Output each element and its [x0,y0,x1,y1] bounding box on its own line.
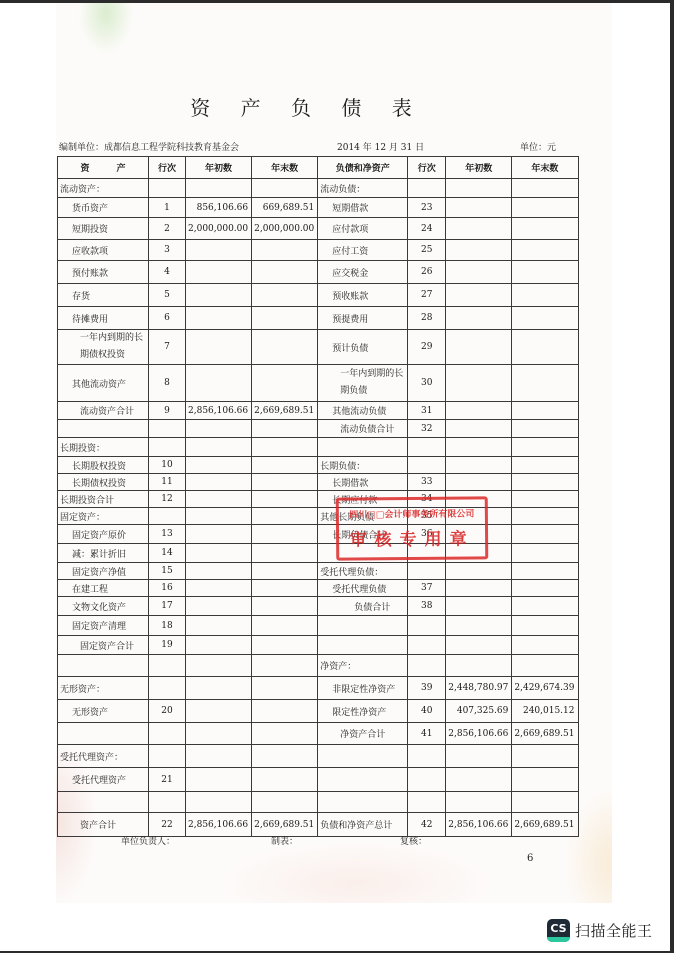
liability-label: 预计负债 [318,330,408,365]
asset-line-no: 14 [149,544,186,563]
liability-label: 应付款项 [318,218,408,240]
table-row: 无形资产20限定性净资产40407,325.69240,015.12 [58,700,579,723]
liability-beginning-value [446,580,512,597]
asset-ending-value [252,261,318,284]
liability-beginning-value [446,636,512,655]
asset-line-no: 1 [149,198,186,218]
header-beginning: 年初数 [186,157,252,179]
window-edge [670,0,674,953]
asset-label: 一年内到期的长期债权投资 [58,330,149,365]
liability-beginning-value [446,420,512,438]
liability-label: 短期借款 [318,198,408,218]
liability-label [318,636,408,655]
liability-line-no: 31 [408,402,446,420]
liability-ending-value [512,597,578,616]
liability-beginning-value: 2,448,780.97 [446,677,512,700]
table-row: 无形资产：非限定性净资产392,448,780.972,429,674.39 [58,677,579,700]
liability-beginning-value [446,284,512,307]
liability-beginning-value [446,491,512,508]
asset-beginning-value [186,745,252,768]
liability-line-no: 25 [408,240,446,261]
liability-line-no: 36 [408,525,446,544]
asset-beginning-value [186,700,252,723]
asset-beginning-value [186,723,252,745]
liability-label: 负债和净资产总计 [318,813,408,837]
asset-ending-value [252,508,318,525]
asset-label [58,655,149,677]
table-row: 固定资产清理18 [58,616,579,636]
asset-label: 无形资产 [58,700,149,723]
liability-ending-value [512,525,578,544]
table-row: 预付账款4应交税金26 [58,261,579,284]
liability-ending-value [512,563,578,580]
liability-label: 预收账款 [318,284,408,307]
asset-beginning-value [186,474,252,491]
asset-line-no: 15 [149,563,186,580]
asset-line-no: 12 [149,491,186,508]
liability-label: 长期借款 [318,474,408,491]
asset-line-no: 3 [149,240,186,261]
liability-beginning-value [446,525,512,544]
asset-ending-value [252,768,318,792]
asset-label: 货币资产 [58,198,149,218]
liability-beginning-value [446,218,512,240]
asset-label: 流动资产： [58,179,149,198]
liability-beginning-value [446,616,512,636]
liability-ending-value [512,218,578,240]
asset-beginning-value: 856,106.66 [186,198,252,218]
liability-line-no: 35 [408,508,446,525]
liability-ending-value [512,616,578,636]
asset-beginning-value [186,792,252,813]
page-title: 资 产 负 债 表 [0,92,614,121]
asset-beginning-value [186,491,252,508]
liability-label: 限定性净资产 [318,700,408,723]
table-row: 长期股权投资10长期负债： [58,457,579,474]
asset-ending-value [252,284,318,307]
liability-line-no: 39 [408,677,446,700]
liability-beginning-value [446,198,512,218]
liability-line-no: 28 [408,307,446,330]
asset-ending-value: 2,669,689.51 [252,402,318,420]
asset-label: 短期投资 [58,218,149,240]
liability-line-no [408,745,446,768]
liability-ending-value [512,402,578,420]
asset-label: 存货 [58,284,149,307]
header-liabilities: 负债和净资产 [318,157,408,179]
liability-ending-value: 240,015.12 [512,700,578,723]
liability-beginning-value [446,508,512,525]
asset-beginning-value [186,284,252,307]
table-row: 资产合计222,856,106.662,669,689.51负债和净资产总计42… [58,813,579,837]
asset-label: 长期投资： [58,438,149,457]
asset-label: 长期投资合计 [58,491,149,508]
signature-reviewer: 复核： [400,834,427,847]
asset-line-no [149,792,186,813]
camscanner-brand-name: 扫描全能王 [575,920,653,941]
table-row: 待摊费用6预提费用28 [58,307,579,330]
asset-ending-value [252,474,318,491]
asset-line-no: 21 [149,768,186,792]
asset-line-no: 22 [149,813,186,837]
asset-ending-value [252,307,318,330]
asset-beginning-value [186,420,252,438]
table-row: 文物文化资产17负债合计38 [58,597,579,616]
liability-label: 其他流动负债 [318,402,408,420]
table-row: 长期投资： [58,438,579,457]
header-line-no: 行次 [149,157,186,179]
liability-label: 长期负债： [318,457,408,474]
liability-ending-value [512,457,578,474]
asset-ending-value: 2,000,000.00 [252,218,318,240]
asset-line-no [149,745,186,768]
asset-ending-value [252,580,318,597]
table-row: 在建工程16受托代理负债37 [58,580,579,597]
liability-ending-value: 2,669,689.51 [512,813,578,837]
asset-beginning-value [186,580,252,597]
table-row: 流动资产合计92,856,106.662,669,689.51其他流动负债31 [58,402,579,420]
asset-beginning-value [186,307,252,330]
liability-ending-value: 2,669,689.51 [512,723,578,745]
liability-beginning-value [446,330,512,365]
liability-line-no: 38 [408,597,446,616]
liability-line-no: 40 [408,700,446,723]
asset-label: 受托代理资产 [58,768,149,792]
table-row: 流动负债合计32 [58,420,579,438]
liability-ending-value [512,580,578,597]
liability-line-no [408,563,446,580]
asset-label: 长期债权投资 [58,474,149,491]
asset-ending-value [252,525,318,544]
table-row: 货币资产1856,106.66669,689.51短期借款23 [58,198,579,218]
asset-ending-value [252,365,318,402]
liability-label: 长期应付款 [318,491,408,508]
asset-line-no: 19 [149,636,186,655]
asset-label: 文物文化资产 [58,597,149,616]
table-row: 短期投资22,000,000.002,000,000.00应付款项24 [58,218,579,240]
asset-beginning-value [186,438,252,457]
asset-line-no: 17 [149,597,186,616]
asset-ending-value [252,745,318,768]
asset-label [58,723,149,745]
asset-ending-value [252,491,318,508]
liability-label [318,544,408,563]
liability-line-no [408,768,446,792]
asset-line-no: 11 [149,474,186,491]
liability-line-no: 30 [408,365,446,402]
table-row: 长期投资合计12长期应付款34 [58,491,579,508]
liability-ending-value [512,420,578,438]
liability-ending-value [512,491,578,508]
asset-ending-value [252,677,318,700]
asset-line-no: 20 [149,700,186,723]
liability-label: 非限定性净资产 [318,677,408,700]
header-assets: 资 产 [58,157,149,179]
liability-label: 流动负债： [318,179,408,198]
asset-line-no [149,420,186,438]
liability-beginning-value [446,544,512,563]
asset-line-no [149,179,186,198]
table-row: 存货5预收账款27 [58,284,579,307]
asset-ending-value [252,655,318,677]
liability-ending-value [512,438,578,457]
asset-beginning-value [186,525,252,544]
asset-label: 固定资产原价 [58,525,149,544]
header-ending: 年末数 [252,157,318,179]
asset-label: 预付账款 [58,261,149,284]
asset-label: 受托代理资产： [58,745,149,768]
liability-line-no: 26 [408,261,446,284]
liability-label [318,438,408,457]
asset-beginning-value [186,508,252,525]
asset-label: 其他流动资产 [58,365,149,402]
asset-label: 资产合计 [58,813,149,837]
liability-line-no [408,438,446,457]
liability-ending-value [512,544,578,563]
liability-label [318,792,408,813]
document-page: 资 产 负 债 表 编制单位：成都信息工程学院科技教育基金会 2014 年 12… [0,3,670,951]
asset-line-no: 5 [149,284,186,307]
header-ending-right: 年末数 [512,157,578,179]
asset-beginning-value [186,563,252,580]
asset-line-no [149,438,186,457]
camscanner-logo-icon: CS [547,919,570,942]
liability-ending-value [512,330,578,365]
table-header-row: 资 产 行次 年初数 年末数 负债和净资产 行次 年初数 年末数 [58,157,579,179]
liability-line-no: 41 [408,723,446,745]
liability-beginning-value [446,261,512,284]
liability-line-no: 27 [408,284,446,307]
liability-beginning-value [446,307,512,330]
liability-label: 一年内到期的长期负债 [318,365,408,402]
liability-beginning-value [446,240,512,261]
liability-beginning-value [446,655,512,677]
liability-line-no [408,457,446,474]
asset-ending-value [252,563,318,580]
liability-line-no: 29 [408,330,446,365]
currency-unit: 单位：元 [520,140,556,153]
asset-line-no: 2 [149,218,186,240]
liability-line-no [408,616,446,636]
asset-line-no [149,723,186,745]
asset-line-no: 10 [149,457,186,474]
asset-ending-value [252,457,318,474]
liability-label [318,745,408,768]
liability-ending-value [512,240,578,261]
asset-label: 固定资产清理 [58,616,149,636]
liability-line-no: 37 [408,580,446,597]
asset-ending-value [252,636,318,655]
liability-ending-value [512,655,578,677]
liability-ending-value [512,636,578,655]
table-row: 一年内到期的长期债权投资7预计负债29 [58,330,579,365]
table-row: 固定资产合计19 [58,636,579,655]
asset-label [58,420,149,438]
asset-label: 固定资产合计 [58,636,149,655]
asset-line-no: 16 [149,580,186,597]
liability-label: 净资产： [318,655,408,677]
asset-beginning-value [186,616,252,636]
liability-ending-value [512,284,578,307]
asset-ending-value [252,616,318,636]
table-row: 受托代理资产21 [58,768,579,792]
table-row: 其他流动资产8一年内到期的长期负债30 [58,365,579,402]
asset-ending-value [252,330,318,365]
asset-label: 减：累计折旧 [58,544,149,563]
asset-beginning-value [186,655,252,677]
liability-beginning-value: 2,856,106.66 [446,813,512,837]
table-row: 净资产合计412,856,106.662,669,689.51 [58,723,579,745]
liability-label: 流动负债合计 [318,420,408,438]
liability-beginning-value [446,474,512,491]
liability-line-no: 42 [408,813,446,837]
asset-beginning-value [186,636,252,655]
asset-beginning-value: 2,000,000.00 [186,218,252,240]
asset-ending-value [252,179,318,198]
liability-line-no: 32 [408,420,446,438]
liability-line-no [408,792,446,813]
asset-beginning-value [186,330,252,365]
asset-beginning-value [186,544,252,563]
liability-ending-value [512,198,578,218]
liability-beginning-value [446,745,512,768]
signature-head: 单位负责人： [121,834,175,847]
liability-beginning-value [446,179,512,198]
table-row: 流动资产：流动负债： [58,179,579,198]
asset-label: 应收款项 [58,240,149,261]
asset-line-no: 7 [149,330,186,365]
liability-ending-value [512,261,578,284]
asset-label: 无形资产： [58,677,149,700]
liability-line-no: 33 [408,474,446,491]
liability-label: 预提费用 [318,307,408,330]
liability-ending-value [512,745,578,768]
asset-beginning-value [186,457,252,474]
header-line-no-right: 行次 [408,157,446,179]
asset-beginning-value [186,179,252,198]
liability-line-no [408,636,446,655]
asset-ending-value [252,438,318,457]
liability-label: 其他长期负债 [318,508,408,525]
liability-label: 应交税金 [318,261,408,284]
header-beginning-right: 年初数 [446,157,512,179]
asset-line-no: 9 [149,402,186,420]
liability-line-no [408,655,446,677]
page-number: 6 [527,853,533,864]
asset-ending-value [252,544,318,563]
liability-label [318,768,408,792]
liability-ending-value [512,792,578,813]
asset-ending-value [252,700,318,723]
liability-beginning-value [446,402,512,420]
asset-line-no: 13 [149,525,186,544]
liability-ending-value [512,307,578,330]
asset-beginning-value [186,677,252,700]
liability-ending-value [512,474,578,491]
table-row: 净资产： [58,655,579,677]
asset-ending-value: 2,669,689.51 [252,813,318,837]
asset-beginning-value [186,768,252,792]
asset-line-no: 6 [149,307,186,330]
asset-line-no [149,677,186,700]
liability-label: 负债合计 [318,597,408,616]
asset-label: 固定资产净值 [58,563,149,580]
liability-ending-value: 2,429,674.39 [512,677,578,700]
asset-label [58,792,149,813]
liability-label [318,616,408,636]
asset-beginning-value: 2,856,106.66 [186,813,252,837]
table-row: 固定资产净值15受托代理负债： [58,563,579,580]
liability-beginning-value [446,792,512,813]
liability-ending-value [512,179,578,198]
liability-beginning-value [446,563,512,580]
liability-beginning-value [446,457,512,474]
table-row: 固定资产原价13长期负债合计36 [58,525,579,544]
report-date: 2014 年 12 月 31 日 [337,140,424,153]
liability-label: 净资产合计 [318,723,408,745]
camscanner-watermark: CS 扫描全能王 [547,919,653,942]
asset-line-no [149,508,186,525]
liability-line-no: 34 [408,491,446,508]
balance-sheet-table: 资 产 行次 年初数 年末数 负债和净资产 行次 年初数 年末数 流动资产：流动… [57,156,579,837]
asset-beginning-value [186,240,252,261]
signature-preparer: 制表： [271,834,298,847]
liability-ending-value [512,768,578,792]
table-row [58,792,579,813]
table-row: 受托代理资产： [58,745,579,768]
asset-label: 长期股权投资 [58,457,149,474]
asset-ending-value [252,723,318,745]
asset-label: 在建工程 [58,580,149,597]
asset-line-no: 8 [149,365,186,402]
asset-ending-value [252,420,318,438]
asset-beginning-value [186,597,252,616]
table-row: 减：累计折旧14 [58,544,579,563]
liability-label: 应付工资 [318,240,408,261]
liability-beginning-value [446,365,512,402]
table-row: 应收款项3应付工资25 [58,240,579,261]
liability-line-no [408,544,446,563]
liability-ending-value [512,508,578,525]
table-row: 长期债权投资11长期借款33 [58,474,579,491]
asset-label: 固定资产： [58,508,149,525]
table-row: 固定资产：其他长期负债35 [58,508,579,525]
preparing-organization: 编制单位：成都信息工程学院科技教育基金会 [59,140,239,153]
asset-line-no: 18 [149,616,186,636]
asset-ending-value: 669,689.51 [252,198,318,218]
liability-ending-value [512,365,578,402]
liability-line-no: 23 [408,198,446,218]
asset-label: 流动资产合计 [58,402,149,420]
asset-ending-value [252,240,318,261]
liability-beginning-value [446,438,512,457]
liability-label: 受托代理负债： [318,563,408,580]
asset-line-no: 4 [149,261,186,284]
liability-line-no [408,179,446,198]
asset-beginning-value [186,261,252,284]
liability-label: 受托代理负债 [318,580,408,597]
liability-beginning-value: 407,325.69 [446,700,512,723]
liability-beginning-value: 2,856,106.66 [446,723,512,745]
asset-ending-value [252,792,318,813]
asset-label: 待摊费用 [58,307,149,330]
asset-line-no [149,655,186,677]
liability-beginning-value [446,597,512,616]
liability-line-no: 24 [408,218,446,240]
asset-beginning-value: 2,856,106.66 [186,402,252,420]
asset-ending-value [252,597,318,616]
liability-beginning-value [446,768,512,792]
